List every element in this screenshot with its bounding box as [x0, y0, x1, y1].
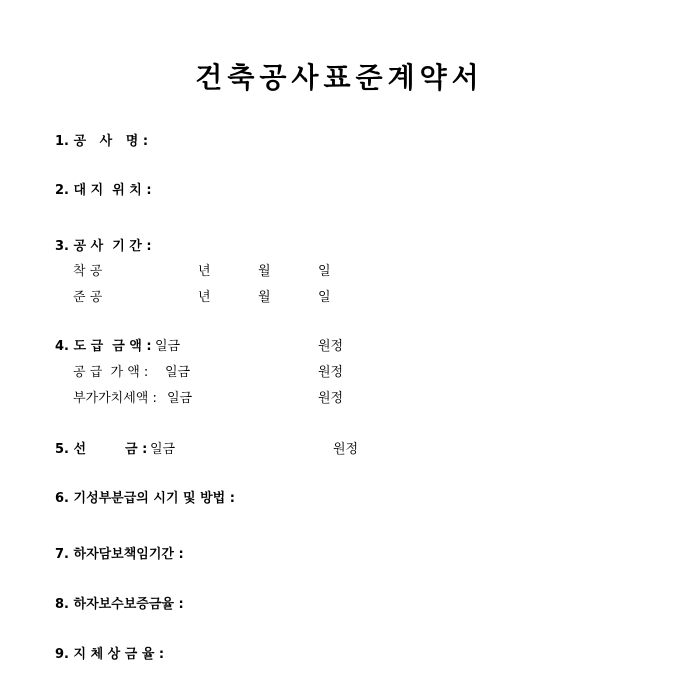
- contract-amount-label: 4. 도 급 금 액 :: [55, 338, 152, 355]
- defect-warranty-period-label: 7. 하자담보책임기간 :: [55, 546, 184, 563]
- start-month-label: 월: [258, 263, 271, 280]
- completion-year-label: 년: [198, 289, 211, 306]
- contract-amount-suffix: 원정: [318, 338, 343, 355]
- contract-document-page: 건축공사표준계약서 1. 공 사 명 : 2. 대 지 위 치 : 3. 공 사…: [0, 0, 679, 676]
- item-progress-payment: 6. 기성부분급의 시기 및 방법 :: [0, 490, 679, 507]
- vat-amount-prefix: 일금: [167, 390, 192, 407]
- item-contract-amount: 4. 도 급 금 액 : 일금 원정: [0, 338, 679, 355]
- advance-payment-label-left: 5. 선: [55, 441, 86, 458]
- vat-amount-suffix: 원정: [318, 390, 343, 407]
- construction-period-label: 3. 공 사 기 간 :: [55, 238, 152, 255]
- item-site-location: 2. 대 지 위 치 :: [0, 182, 679, 199]
- item-construction-name: 1. 공 사 명 :: [0, 133, 679, 150]
- contract-amount-prefix: 일금: [155, 338, 180, 355]
- completion-day-label: 일: [318, 289, 331, 306]
- advance-payment-label-right: 금 :: [125, 441, 147, 458]
- completion-month-label: 월: [258, 289, 271, 306]
- supply-value-row: 공 급 가 액 : 일금 원정: [0, 364, 679, 381]
- advance-payment-suffix: 원정: [333, 441, 358, 458]
- item-defect-repair-bond-rate: 8. 하자보수보증금율 :: [0, 596, 679, 613]
- start-year-label: 년: [198, 263, 211, 280]
- completion-date-label: 준 공: [73, 289, 102, 306]
- item-delay-penalty-rate: 9. 지 체 상 금 율 :: [0, 646, 679, 663]
- construction-name-label: 1. 공 사 명 :: [55, 133, 148, 150]
- vat-amount-label: 부가가치세액 :: [73, 390, 157, 407]
- completion-date-row: 준 공 년 월 일: [0, 289, 679, 306]
- supply-value-label: 공 급 가 액 :: [73, 364, 148, 381]
- site-location-label: 2. 대 지 위 치 :: [55, 182, 152, 199]
- supply-value-prefix: 일금: [165, 364, 190, 381]
- progress-payment-label: 6. 기성부분급의 시기 및 방법 :: [55, 490, 235, 507]
- start-date-label: 착 공: [73, 263, 102, 280]
- item-construction-period: 3. 공 사 기 간 :: [0, 238, 679, 255]
- vat-amount-row: 부가가치세액 : 일금 원정: [0, 390, 679, 407]
- document-title: 건축공사표준계약서: [0, 56, 679, 96]
- start-day-label: 일: [318, 263, 331, 280]
- advance-payment-prefix: 일금: [150, 441, 175, 458]
- start-date-row: 착 공 년 월 일: [0, 263, 679, 280]
- item-advance-payment: 5. 선 금 : 일금 원정: [0, 441, 679, 458]
- supply-value-suffix: 원정: [318, 364, 343, 381]
- item-defect-warranty-period: 7. 하자담보책임기간 :: [0, 546, 679, 563]
- delay-penalty-rate-label: 9. 지 체 상 금 율 :: [55, 646, 164, 663]
- defect-repair-bond-rate-label: 8. 하자보수보증금율 :: [55, 596, 184, 613]
